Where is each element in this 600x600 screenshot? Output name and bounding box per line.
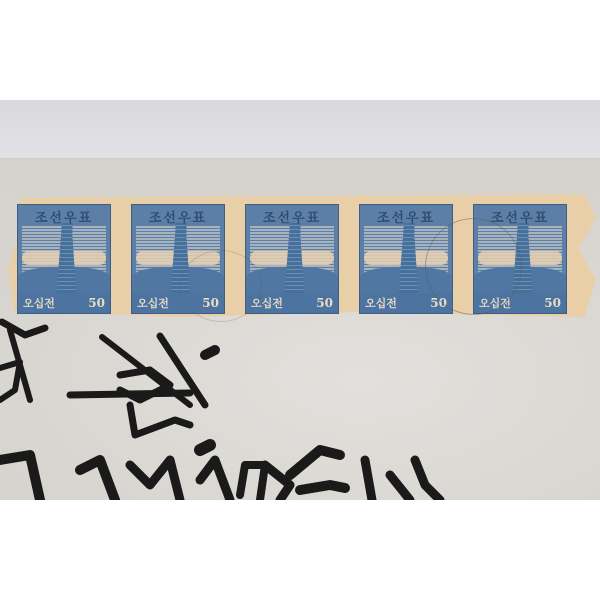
calligraphy-ink — [0, 100, 600, 500]
envelope-photo: 조선우표 오십전 50 조선우표 오십전 50 조선우표 오십전 50 조선우표… — [0, 100, 600, 500]
